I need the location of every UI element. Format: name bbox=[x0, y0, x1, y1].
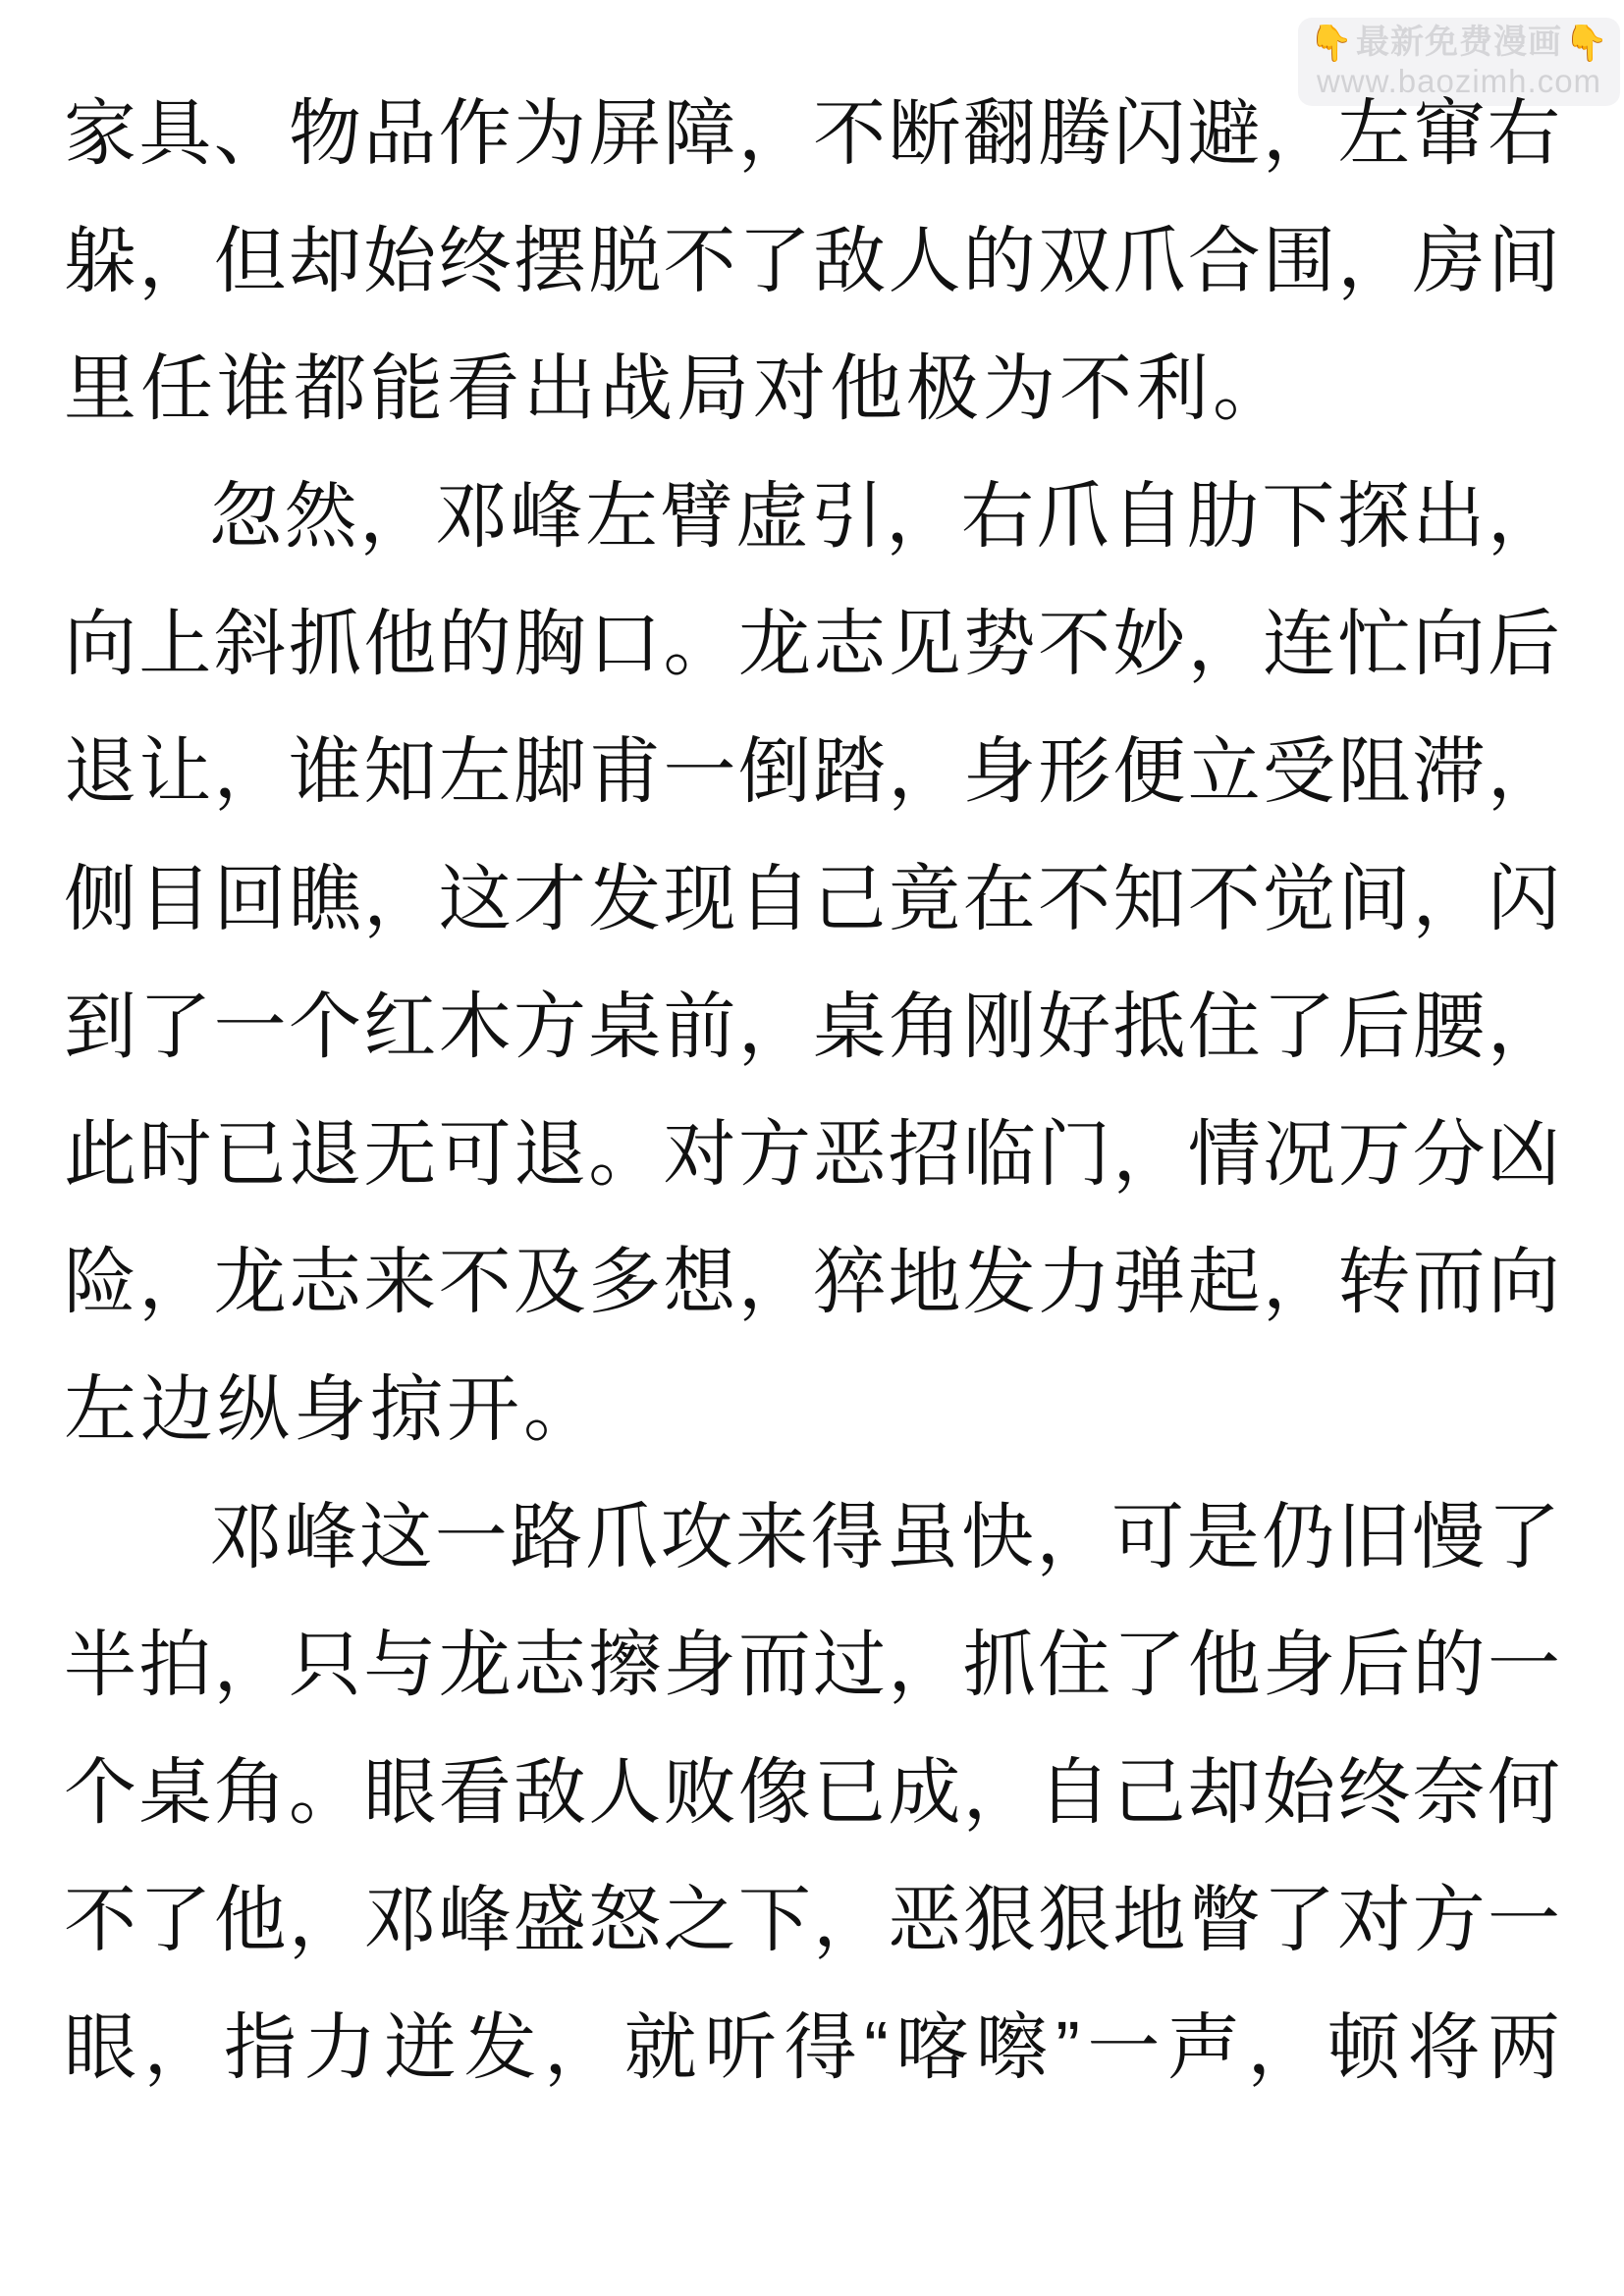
text-line: 向上斜抓他的胸口。龙志见势不妙，连忙向后 bbox=[64, 580, 1560, 708]
text-line: 半拍，只与龙志擦身而过，抓住了他身后的一 bbox=[64, 1601, 1560, 1729]
text-line: 躲，但却始终摆脱不了敌人的双爪合围，房间 bbox=[64, 197, 1560, 325]
text-line: 到了一个红木方桌前，桌角刚好抵住了后腰， bbox=[64, 963, 1560, 1091]
pointing-down-icon: 👇 bbox=[1309, 26, 1354, 61]
text-line: 忽然，邓峰左臂虚引，右爪自肋下探出， bbox=[64, 453, 1560, 580]
text-line: 个桌角。眼看敌人败像已成，自己却始终奈何 bbox=[64, 1729, 1560, 1856]
text-line: 邓峰这一路爪攻来得虽快，可是仍旧慢了 bbox=[64, 1473, 1560, 1601]
text-line: 退让，谁知左脚甫一倒踏，身形便立受阻滞， bbox=[64, 708, 1560, 835]
watermark-title: 最新免费漫画 bbox=[1356, 25, 1562, 61]
text-line: 左边纵身掠开。 bbox=[64, 1346, 1560, 1473]
text-line: 侧目回瞧，这才发现自己竟在不知不觉间，闪 bbox=[64, 835, 1560, 963]
text-line: 险，龙志来不及多想，猝地发力弹起，转而向 bbox=[64, 1218, 1560, 1346]
text-line: 此时已退无可退。对方恶招临门，情况万分凶 bbox=[64, 1091, 1560, 1218]
text-line: 家具、物品作为屏障，不断翻腾闪避，左窜右 bbox=[64, 70, 1560, 197]
pointing-down-icon: 👇 bbox=[1564, 26, 1609, 61]
text-line: 眼，指力迸发，就听得“喀嚓”一声，顿将两 bbox=[64, 1984, 1560, 2111]
text-line: 里任谁都能看出战局对他极为不利。 bbox=[64, 325, 1560, 453]
text-line: 不了他，邓峰盛怒之下，恶狠狠地瞥了对方一 bbox=[64, 1856, 1560, 1984]
novel-text-block: 家具、物品作为屏障，不断翻腾闪避，左窜右 躲，但却始终摆脱不了敌人的双爪合围，房… bbox=[64, 70, 1560, 2111]
novel-reader-page: 👇 最新免费漫画 👇 www.baozimh.com 家具、物品作为屏障，不断翻… bbox=[0, 0, 1624, 2296]
watermark-title-row: 👇 最新免费漫画 👇 bbox=[1309, 25, 1609, 61]
